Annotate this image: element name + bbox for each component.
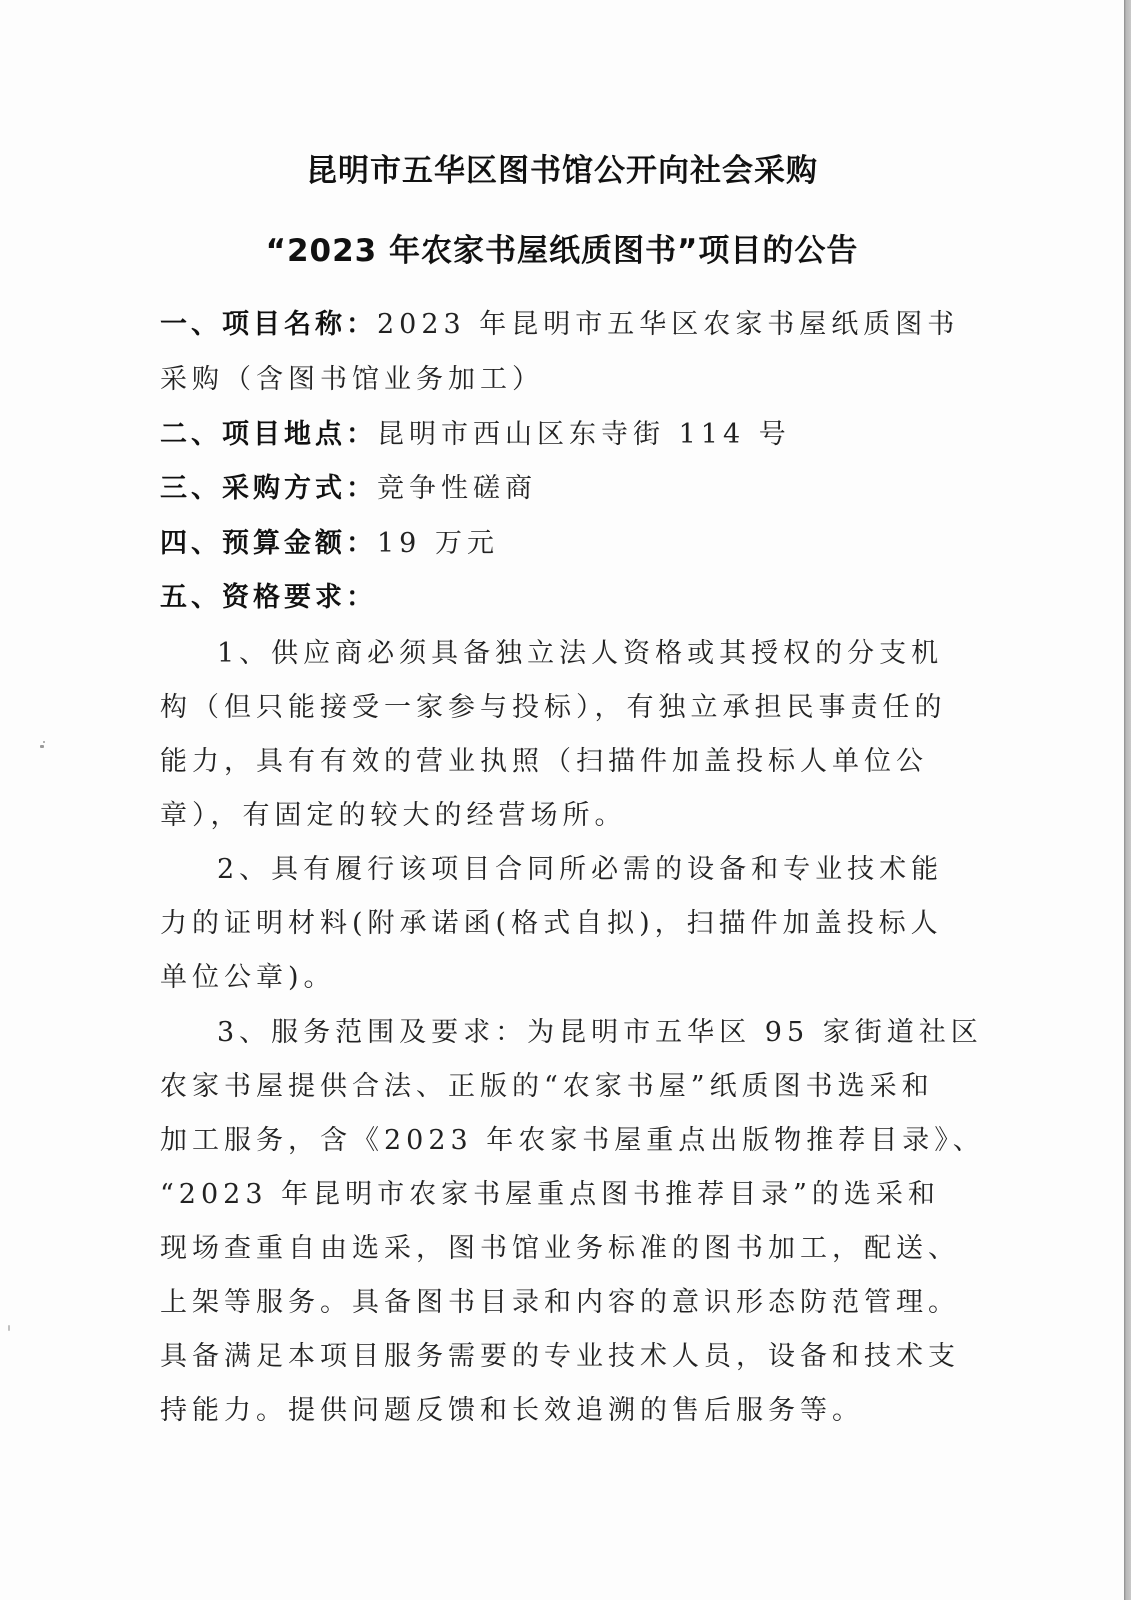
requirement-3-line: 现场查重自由选采，图书馆业务标准的图书加工，配送、 [160,1229,960,1269]
section-value: 采购（含图书馆业务加工） [160,364,544,395]
section-project-name-cont: 采购（含图书馆业务加工） [160,360,544,400]
section-label: 一、项目名称： [160,309,377,340]
scan-speck [8,1325,10,1331]
scan-speck [40,745,44,748]
requirement-1-line: 1、供应商必须具备独立法人资格或其授权的分支机 [217,634,943,674]
section-value: 竞争性磋商 [377,473,537,504]
section-qualifications: 五、资格要求： [160,578,377,618]
requirement-1-line: 能力，具有有效的营业执照（扫描件加盖投标人单位公 [160,742,928,782]
section-label: 四、预算金额： [160,528,377,559]
requirement-1-line: 章），有固定的较大的经营场所。 [160,796,627,836]
section-value: 2023 年昆明市五华区农家书屋纸质图书 [377,309,959,340]
document-title-line1: 昆明市五华区图书馆公开向社会采购 [0,145,1124,190]
scan-speck [43,741,45,743]
section-budget: 四、预算金额：19 万元 [160,524,499,564]
requirement-3-line: 3、服务范围及要求：为昆明市五华区 95 家街道社区 [217,1013,983,1053]
requirement-3-line: 具备满足本项目服务需要的专业技术人员，设备和技术支 [160,1337,960,1377]
document-title-line2: “2023 年农家书屋纸质图书”项目的公告 [0,225,1124,270]
requirement-3-line: 持能力。提供问题反馈和长效追溯的售后服务等。 [160,1391,864,1431]
section-value: 19 万元 [377,528,499,559]
requirement-2-line: 单位公章)。 [160,958,336,998]
scanned-document-page: 昆明市五华区图书馆公开向社会采购 “2023 年农家书屋纸质图书”项目的公告 一… [0,0,1124,1600]
requirement-3-line: 加工服务，含《2023 年农家书屋重点出版物推荐目录》、 [160,1121,985,1161]
requirement-3-line: 上架等服务。具备图书目录和内容的意识形态防范管理。 [160,1283,960,1323]
section-label: 三、采购方式： [160,473,377,504]
requirement-3-line: 农家书屋提供合法、正版的“农家书屋”纸质图书选采和 [160,1067,934,1107]
section-label: 二、项目地点： [160,419,377,450]
section-procurement-method: 三、采购方式：竞争性磋商 [160,469,537,509]
section-project-name: 一、项目名称：2023 年昆明市五华区农家书屋纸质图书 [160,305,959,345]
requirement-2-line: 力的证明材料(附承诺函(格式自拟)，扫描件加盖投标人 [160,904,943,944]
section-project-location: 二、项目地点：昆明市西山区东寺街 114 号 [160,415,791,455]
requirement-2-line: 2、具有履行该项目合同所必需的设备和专业技术能 [217,850,943,890]
requirement-1-line: 构（但只能接受一家参与投标），有独立承担民事责任的 [160,688,947,728]
section-value: 昆明市西山区东寺街 114 号 [377,419,791,450]
requirement-3-line: “2023 年昆明市农家书屋重点图书推荐目录”的选采和 [160,1175,940,1215]
section-label: 五、资格要求： [160,582,377,613]
scan-page-edge [1124,0,1131,1600]
